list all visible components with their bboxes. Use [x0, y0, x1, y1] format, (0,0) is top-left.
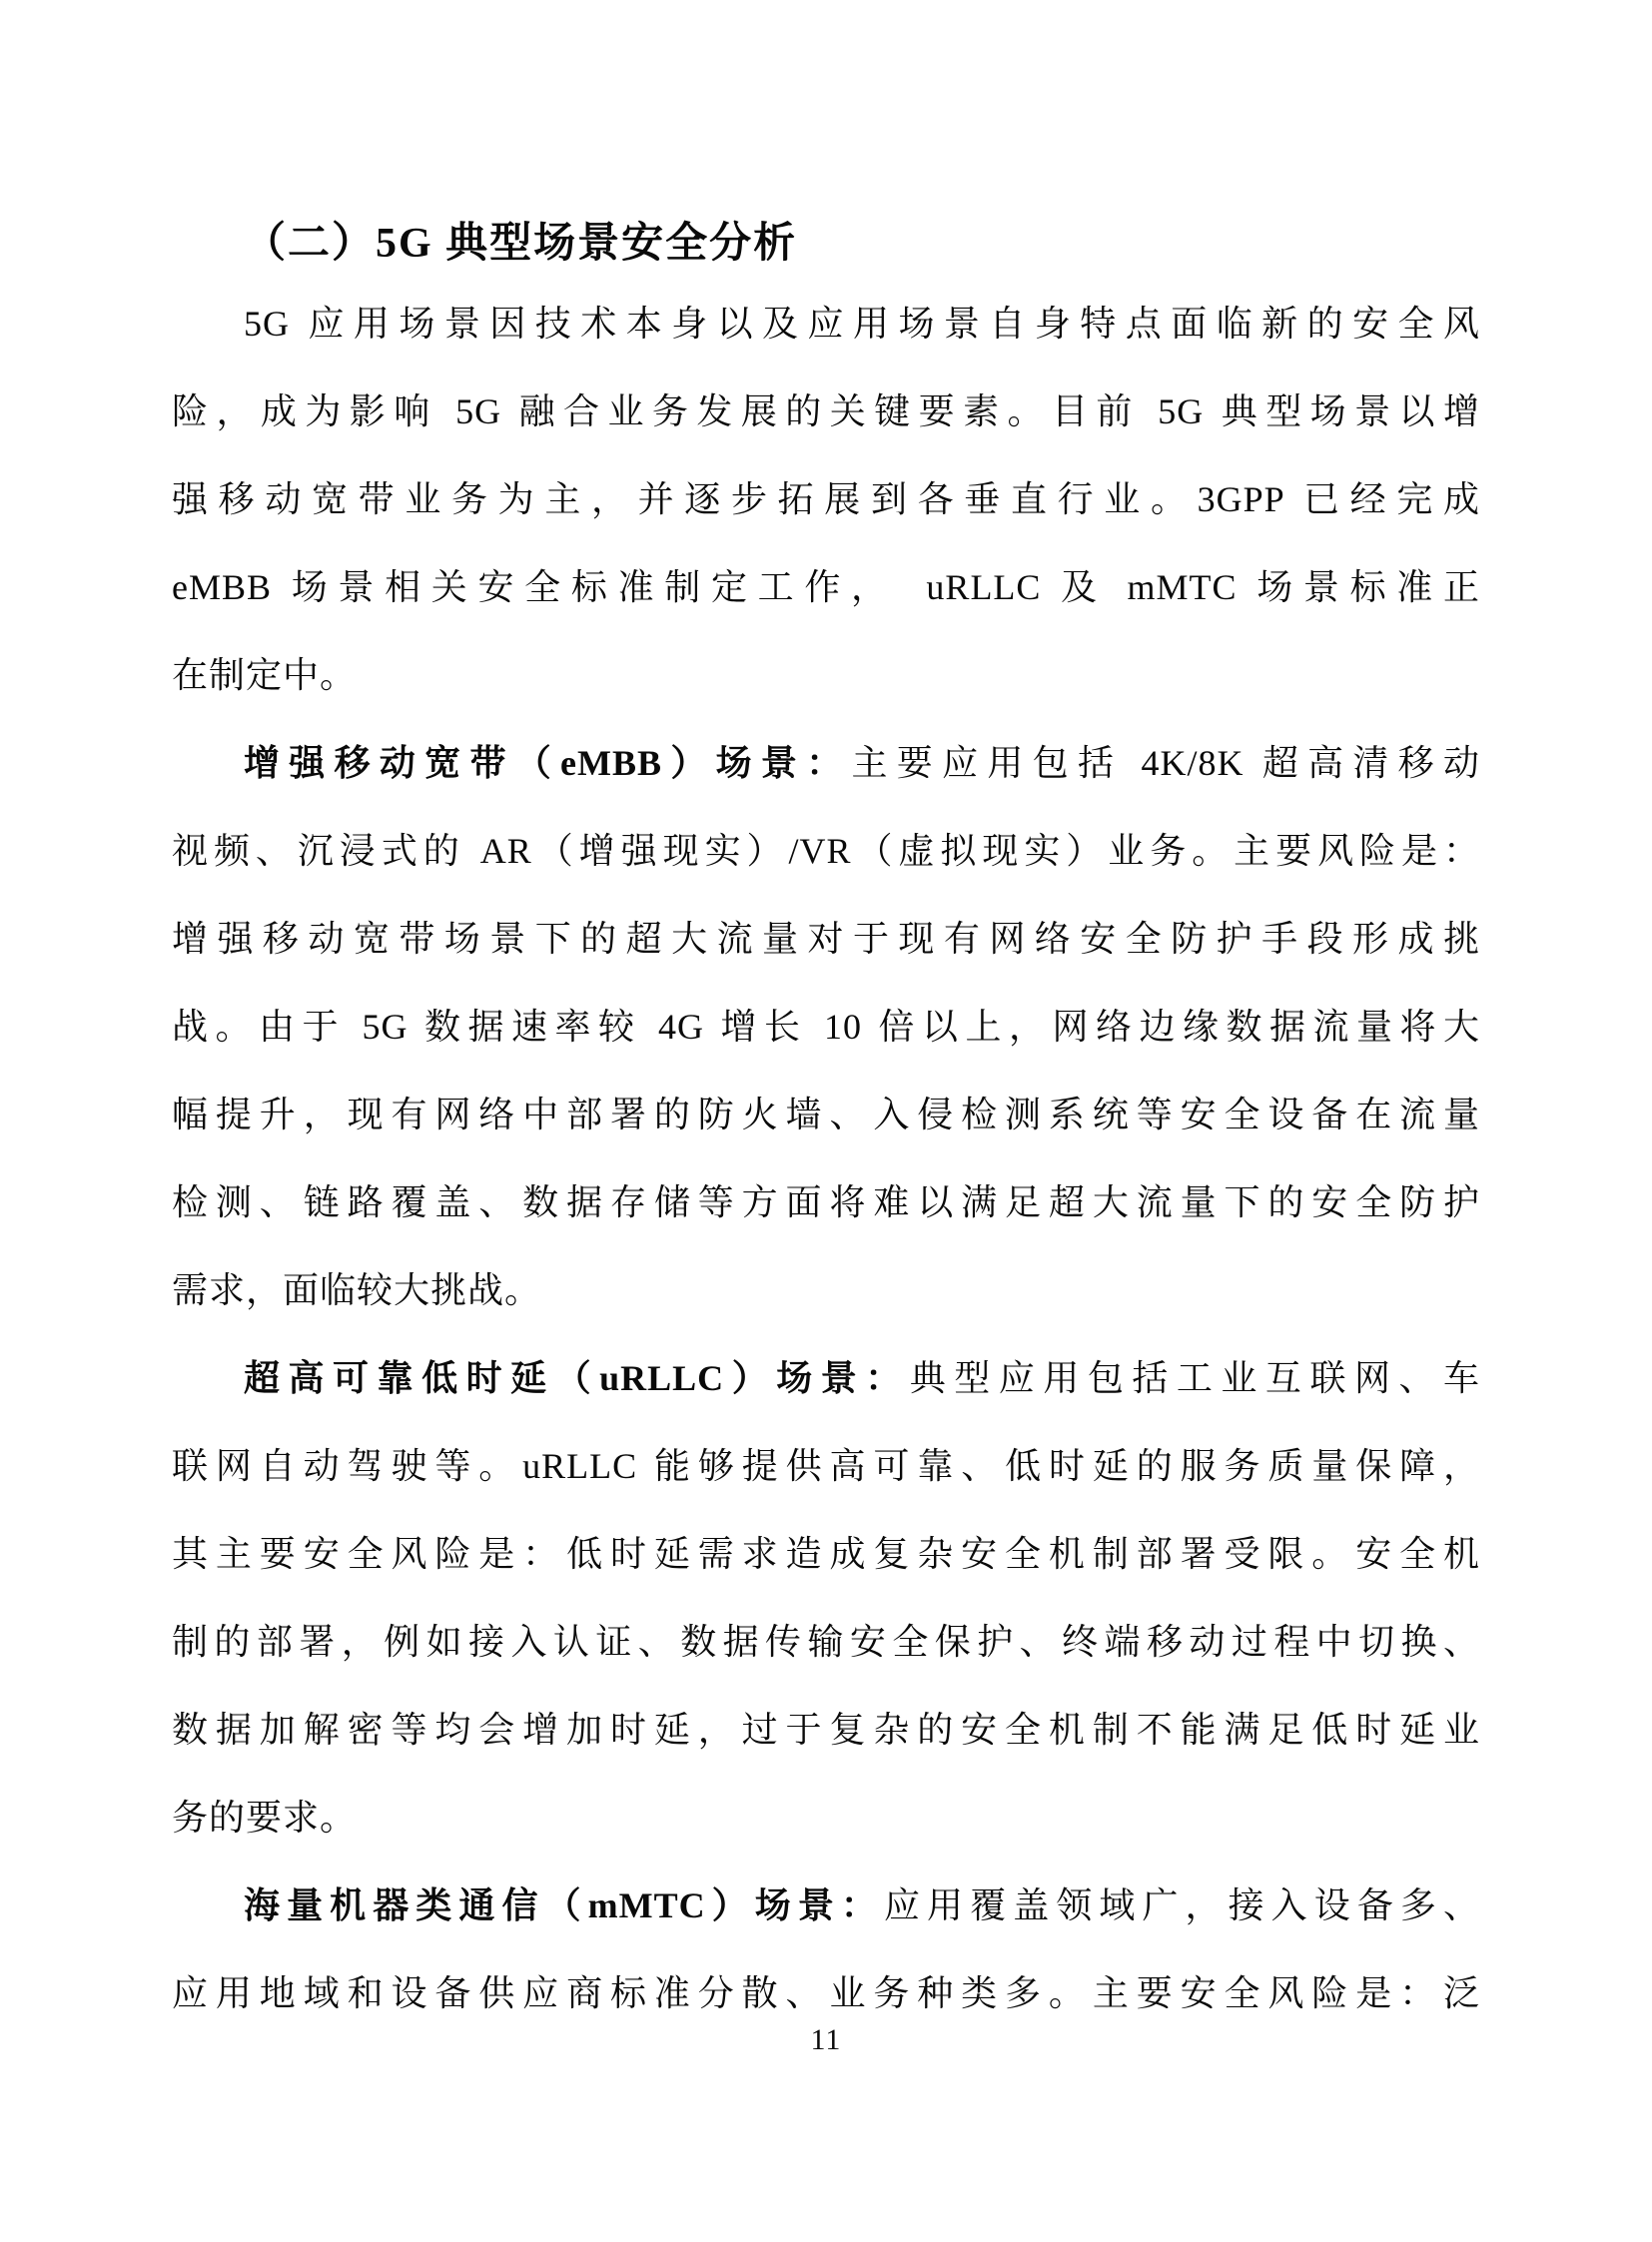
bold-lead-run: 增强移动宽带（eMBB）场景： — [244, 743, 852, 783]
text-run: 增强移动宽带场景下的超大流量对于现有网络安全防护手段形成挑 — [172, 919, 1480, 959]
text-line: 需求，面临较大挑战。 — [172, 1246, 1480, 1334]
text-line: 幅提升，现有网络中部署的防火墙、入侵检测系统等安全设备在流量 — [172, 1071, 1480, 1158]
text-line: 强移动宽带业务为主，并逐步拓展到各垂直行业。3GPP 已经完成 — [172, 455, 1480, 543]
text-line: 增强移动宽带场景下的超大流量对于现有网络安全防护手段形成挑 — [172, 895, 1480, 983]
text-line: 在制定中。 — [172, 631, 1480, 719]
text-run: 需求，面临较大挑战。 — [172, 1270, 541, 1310]
text-line: 其主要安全风险是：低时延需求造成复杂安全机制部署受限。安全机 — [172, 1510, 1480, 1598]
bold-lead-run: 海量机器类通信（mMTC）场景： — [244, 1885, 884, 1925]
text-run: 战。由于 5G 数据速率较 4G 增长 10 倍以上，网络边缘数据流量将大 — [172, 1007, 1480, 1047]
page-number: 11 — [0, 2023, 1652, 2057]
text-run: 险，成为影响 5G 融合业务发展的关键要素。目前 5G 典型场景以增 — [172, 391, 1480, 431]
text-run: 幅提升，现有网络中部署的防火墙、入侵检测系统等安全设备在流量 — [172, 1095, 1480, 1134]
text-run: 联网自动驾驶等。uRLLC 能够提供高可靠、低时延的服务质量保障， — [172, 1446, 1480, 1486]
text-line: 增强移动宽带（eMBB）场景：主要应用包括 4K/8K 超高清移动 — [172, 719, 1480, 807]
text-line: 险，成为影响 5G 融合业务发展的关键要素。目前 5G 典型场景以增 — [172, 368, 1480, 455]
text-run: 检测、链路覆盖、数据存储等方面将难以满足超大流量下的安全防护 — [172, 1182, 1480, 1222]
text-run: 5G 应用场景因技术本身以及应用场景自身特点面临新的安全风 — [244, 304, 1480, 344]
text-line: 5G 应用场景因技术本身以及应用场景自身特点面临新的安全风 — [172, 280, 1480, 368]
text-line: 超高可靠低时延（uRLLC）场景：典型应用包括工业互联网、车 — [172, 1334, 1480, 1422]
text-line: 务的要求。 — [172, 1774, 1480, 1862]
text-line: 数据加解密等均会增加时延，过于复杂的安全机制不能满足低时延业 — [172, 1686, 1480, 1774]
text-run: 应用地域和设备供应商标准分散、业务种类多。主要安全风险是：泛 — [172, 1973, 1480, 2013]
text-run: 强移动宽带业务为主，并逐步拓展到各垂直行业。3GPP 已经完成 — [172, 479, 1480, 519]
text-run: 视频、沉浸式的 AR（增强现实）/VR（虚拟现实）业务。主要风险是： — [172, 831, 1480, 871]
text-run: 数据加解密等均会增加时延，过于复杂的安全机制不能满足低时延业 — [172, 1710, 1480, 1750]
text-run: 主要应用包括 4K/8K 超高清移动 — [852, 743, 1481, 783]
text-run: 典型应用包括工业互联网、车 — [910, 1358, 1480, 1398]
text-run: 制的部署，例如接入认证、数据传输安全保护、终端移动过程中切换、 — [172, 1622, 1480, 1662]
text-line: 战。由于 5G 数据速率较 4G 增长 10 倍以上，网络边缘数据流量将大 — [172, 983, 1480, 1071]
text-run: 在制定中。 — [172, 655, 357, 695]
text-line: 制的部署，例如接入认证、数据传输安全保护、终端移动过程中切换、 — [172, 1598, 1480, 1686]
text-line: 视频、沉浸式的 AR（增强现实）/VR（虚拟现实）业务。主要风险是： — [172, 807, 1480, 895]
text-line: 海量机器类通信（mMTC）场景：应用覆盖领域广，接入设备多、 — [172, 1862, 1480, 1949]
text-run: 其主要安全风险是：低时延需求造成复杂安全机制部署受限。安全机 — [172, 1534, 1480, 1574]
text-run: 务的要求。 — [172, 1798, 357, 1838]
text-run: 应用覆盖领域广，接入设备多、 — [884, 1885, 1480, 1925]
text-run: eMBB 场景相关安全标准制定工作， uRLLC 及 mMTC 场景标准正 — [172, 567, 1480, 607]
text-line: eMBB 场景相关安全标准制定工作， uRLLC 及 mMTC 场景标准正 — [172, 543, 1480, 631]
body-text: 5G 应用场景因技术本身以及应用场景自身特点面临新的安全风险，成为影响 5G 融… — [172, 280, 1480, 2037]
section-heading: （二）5G 典型场景安全分析 — [244, 210, 797, 270]
document-page: （二）5G 典型场景安全分析 5G 应用场景因技术本身以及应用场景自身特点面临新… — [0, 0, 1652, 2242]
text-line: 检测、链路覆盖、数据存储等方面将难以满足超大流量下的安全防护 — [172, 1158, 1480, 1246]
text-line: 联网自动驾驶等。uRLLC 能够提供高可靠、低时延的服务质量保障， — [172, 1422, 1480, 1510]
bold-lead-run: 超高可靠低时延（uRLLC）场景： — [244, 1358, 910, 1398]
